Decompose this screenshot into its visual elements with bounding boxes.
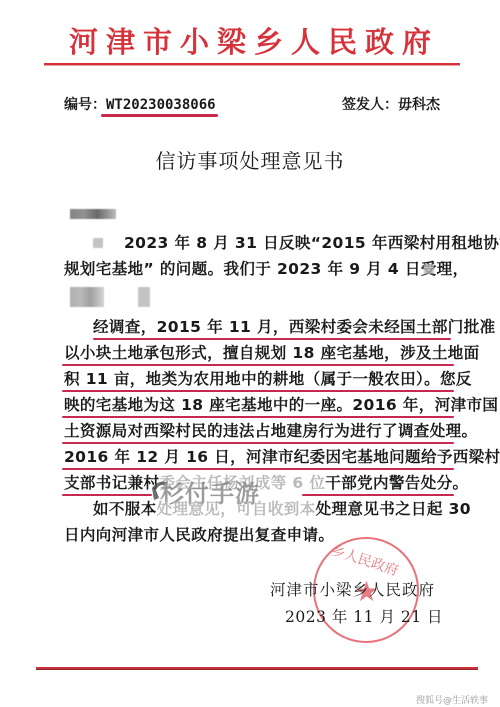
highlight-underline — [62, 364, 454, 366]
document-number-value: WT20230038066 — [106, 97, 216, 113]
signer: 签发人：毋科杰 — [342, 94, 440, 114]
highlight-underline — [302, 494, 454, 496]
para3-line1-end: 处理意见书之日起 30 — [316, 500, 471, 518]
para3-line2: 日内向河津市人民政府提出复查申请。 — [64, 525, 454, 545]
para2-line1: 经调查，2015 年 11 月，西梁村委会未经国土部门批准 — [93, 317, 483, 337]
redacted-block — [138, 287, 150, 307]
highlight-underline — [62, 442, 454, 444]
letterhead-issuer: 河津市小梁乡人民政府 — [0, 20, 500, 61]
signature-organization: 河津市小梁乡人民政府 — [270, 578, 435, 600]
highlight-underline — [62, 468, 454, 470]
document-title: 信访事项处理意见书 — [0, 145, 500, 174]
document-number: 编号：WT20230038066 — [64, 94, 216, 114]
para3-line1-faded: 处理意见，可自收到本 — [157, 500, 316, 518]
para2-line7-end: 干部党内警告处分。 — [325, 474, 468, 492]
para2-line3: 积 11 亩，地类为农用地中的耕地（属于一般农田）。您反 — [64, 369, 454, 389]
redacted-block — [70, 287, 104, 307]
highlight-underline — [93, 338, 451, 340]
redacted-name — [93, 238, 103, 248]
para2-line5: 土资源局对西梁村民的违法占地建房行为进行了调查处理。 — [64, 421, 454, 441]
para2-line2: 以小块土地承包形式，擅自规划 18 座宅基地，涉及土地面 — [64, 343, 454, 363]
source-attribution: 搜狐号@生活轶事 — [416, 693, 488, 706]
para1-line2: 规划宅基地” 的问题。我们于 2023 年 9 月 4 日受理， — [64, 259, 454, 279]
signer-label: 签发人： — [342, 97, 398, 113]
redacted-addressee — [70, 209, 116, 219]
highlight-underline — [62, 416, 454, 418]
para2-line7-start: 支部书记兼村 — [64, 474, 159, 492]
para1-line1: 2023 年 8 月 31 日反映“2015 年西梁村用租地协议 — [124, 233, 500, 253]
para3-line1-start: 如不服本 — [93, 500, 157, 518]
para2-line6: 2016 年 12 月 16 日，河津市纪委因宅基地问题给予西梁村党 — [64, 447, 454, 467]
signature-date: 2023 年 11 月 21 日 — [285, 605, 443, 627]
document-number-highlight — [101, 114, 218, 117]
para3-line1: 如不服本处理意见，可自收到本处理意见书之日起 30 — [93, 499, 483, 519]
signer-name: 毋科杰 — [398, 97, 440, 113]
letterhead-divider — [44, 63, 460, 65]
highlight-underline — [62, 390, 454, 392]
para2-line4: 映的宅基地为这 18 座宅基地中的一座。2016 年，河津市国 — [64, 395, 454, 415]
highlight-underline — [62, 494, 152, 496]
document-number-label: 编号： — [64, 97, 106, 113]
footer-divider — [36, 667, 478, 669]
redacted-mark — [424, 264, 434, 274]
